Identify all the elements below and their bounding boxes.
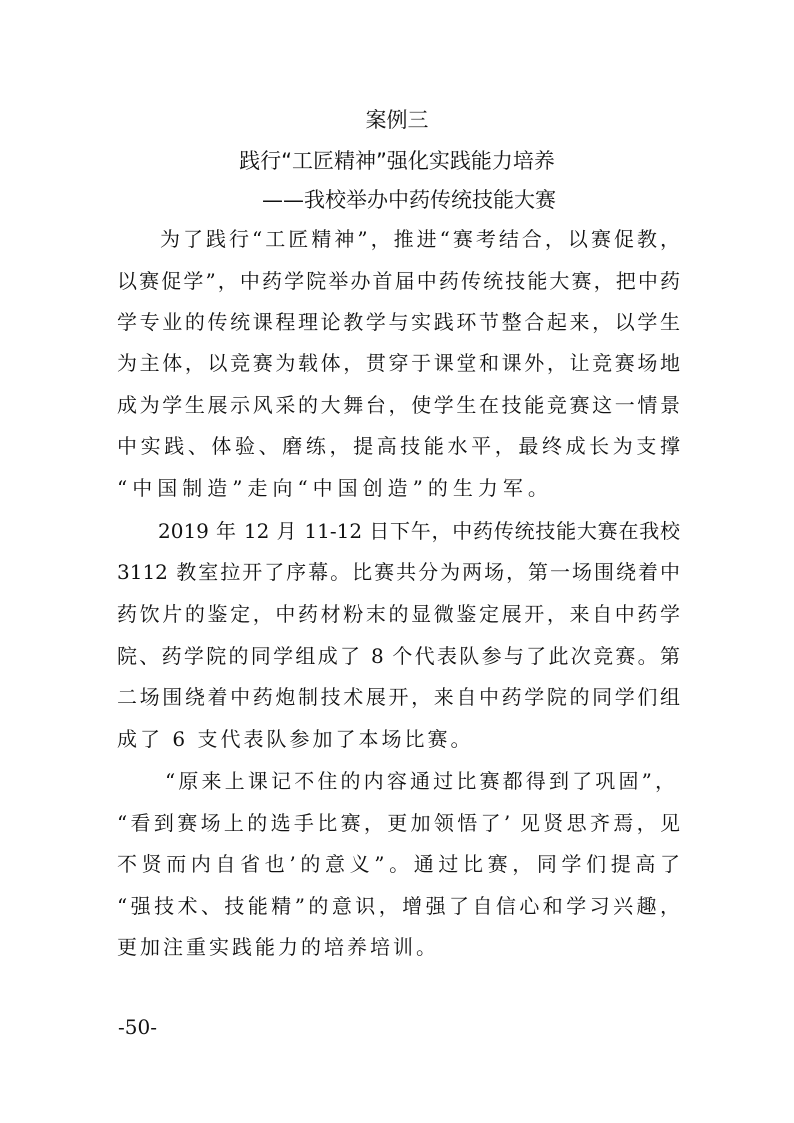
text-line: 药饮片的鉴定，中药材粉末的显微鉴定展开，来自中药学 <box>117 599 680 629</box>
text-line: 不贤而内自省也’的意义”。通过比赛，同学们提高了 <box>117 849 680 879</box>
case-label: 案例三 <box>0 104 794 134</box>
text-line: 院、药学院的同学组成了 8 个代表队参与了此次竞赛。第 <box>117 641 680 671</box>
text-line: 2019 年 12 月 11-12 日下午，中药传统技能大赛在我校 <box>158 516 680 546</box>
page-number: -50- <box>118 1015 157 1039</box>
text-line: 以赛促学”，中药学院举办首届中药传统技能大赛，把中药 <box>117 266 680 296</box>
article-subtitle: ——我校举办中药传统技能大赛 <box>0 184 794 214</box>
text-line: 二场围绕着中药炮制技术展开，来自中药学院的同学们组 <box>117 682 680 712</box>
text-line: 为主体，以竞赛为载体，贯穿于课堂和课外，让竞赛场地 <box>117 348 680 378</box>
text-line: 为了践行“工匠精神”，推进“赛考结合，以赛促教， <box>160 224 680 254</box>
article-title: 践行“工匠精神”强化实践能力培养 <box>0 145 794 175</box>
text-line: “强技术、技能精”的意识，增强了自信心和学习兴趣， <box>117 891 680 921</box>
text-line: 学专业的传统课程理论教学与实践环节整合起来，以学生 <box>117 307 680 337</box>
text-line: 3112 教室拉开了序幕。比赛共分为两场，第一场围绕着中 <box>117 557 680 587</box>
text-line: 成了 6 支代表队参加了本场比赛。 <box>117 724 680 754</box>
text-line: “原来上课记不住的内容通过比赛都得到了巩固”， <box>165 766 675 796</box>
text-line: “中国制造”走向“中国创造”的生力军。 <box>117 473 680 503</box>
text-line: 成为学生展示风采的大舞台，使学生在技能竞赛这一情景 <box>117 390 680 420</box>
text-line: “看到赛场上的选手比赛，更加领悟了’ 见贤思齐焉，见 <box>117 808 680 838</box>
text-line: 中实践、体验、磨练，提高技能水平，最终成长为支撑 <box>117 431 680 461</box>
text-line: 更加注重实践能力的培养培训。 <box>117 932 680 962</box>
